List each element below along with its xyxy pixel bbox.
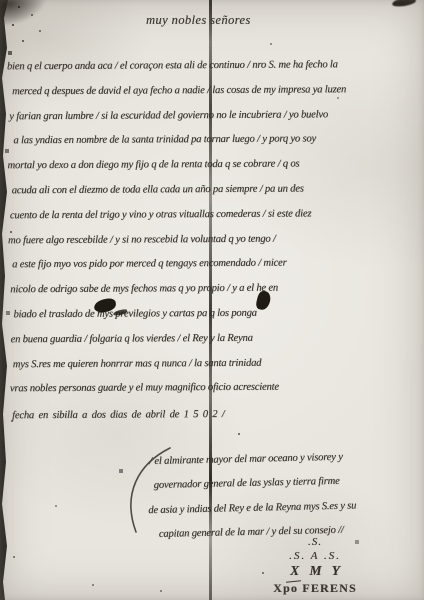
letter-body: bien q el cuerpo anda aca / el coraçon e… — [7, 53, 423, 429]
letter-line: acuda ali con el diezmo de toda ella cad… — [12, 177, 422, 204]
signature-row: X M Y — [268, 563, 362, 578]
top-right-mark — [392, 0, 417, 8]
top-left-stain — [0, 0, 49, 27]
letter-line: merced q despues de david el aya fecho a… — [12, 78, 421, 105]
letter-line: a este fijo myo vos pido por merced q te… — [12, 251, 422, 278]
manuscript-scan-page: muy nobles señores bien q el cuerpo anda… — [0, 0, 424, 600]
letter-line: en buena guardia / folgaria q los vierde… — [11, 325, 423, 352]
letter-line: cuento de la renta del trigo y vino y ot… — [10, 202, 422, 229]
letter-closing-titles: / el almirante mayor del mar oceano y vi… — [149, 444, 423, 548]
letter-line: biado el traslado de mys previlegios y c… — [13, 301, 422, 328]
signature-row: .S. A .S. — [268, 549, 362, 563]
signature-row: .S. — [268, 536, 362, 549]
signature-name: Xpo FERENS — [268, 580, 362, 596]
columbus-signature-pyramid: .S. .S. A .S. X M Y Xpo FERENS — [268, 536, 362, 596]
letter-line: mys S.res me quieren honrrar mas q nunca… — [13, 350, 423, 377]
letter-line: vras nobles personas guarde y el muy mag… — [10, 375, 423, 402]
letter-line: bien q el cuerpo anda aca / el coraçon e… — [7, 53, 421, 80]
letter-line: y farian gran lumbre / si la escuridad d… — [9, 102, 421, 129]
paper-specks — [0, 0, 2, 2]
letter-dateline: fecha en sibilla a dos dias de abril de … — [12, 402, 423, 429]
letter-line: mortal yo dexo a don diego my fijo q de … — [7, 152, 421, 179]
letter-line: mo fuere algo rescebilde / y si no resce… — [8, 226, 422, 253]
letter-line: nicolo de odrigo sabe de mys fechos mas … — [10, 276, 422, 303]
letter-line: a las yndias en nombre de la santa trini… — [13, 127, 421, 154]
letter-heading: muy nobles señores — [146, 13, 251, 28]
